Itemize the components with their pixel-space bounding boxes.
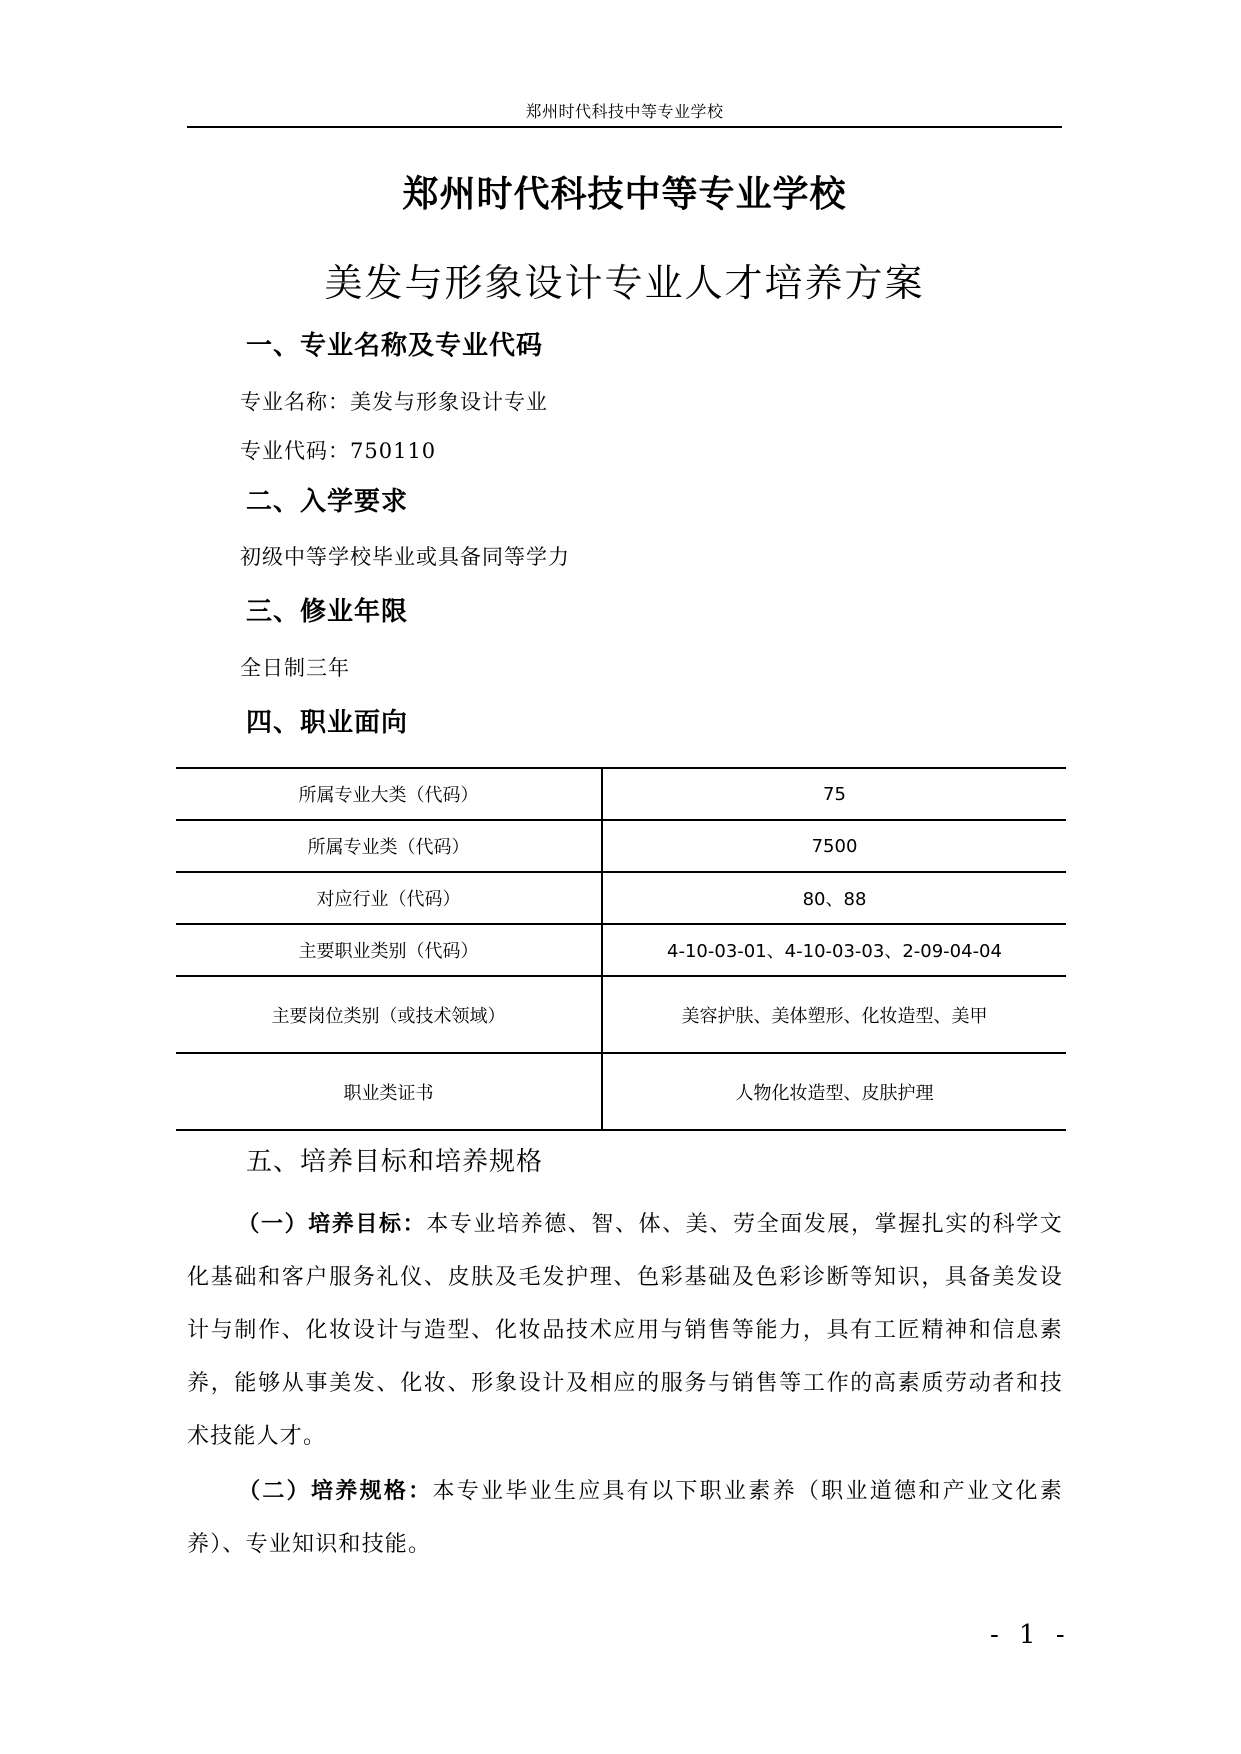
table-row: 主要岗位类别（或技术领域） 美容护肤、美体塑形、化妆造型、美甲	[176, 976, 1066, 1053]
study-duration: 全日制三年	[240, 655, 350, 681]
row-label: 主要岗位类别（或技术领域）	[176, 976, 602, 1053]
row-value: 7500	[602, 820, 1066, 872]
major-code-label: 专业代码：	[240, 439, 350, 463]
major-name-line: 专业名称：美发与形象设计专业	[240, 389, 548, 415]
row-value: 75	[602, 768, 1066, 820]
training-objective-text: 本专业培养德、智、体、美、劳全面发展，掌握扎实的科学文化基础和客户服务礼仪、皮肤…	[187, 1212, 1063, 1449]
row-label: 所属专业大类（代码）	[176, 768, 602, 820]
major-code-line: 专业代码：750110	[240, 438, 436, 464]
major-code-value: 750110	[350, 439, 436, 463]
page-number: - 1 -	[990, 1620, 1071, 1650]
section-3-heading: 三、修业年限	[246, 596, 408, 628]
document-title: 美发与形象设计专业人才培养方案	[187, 259, 1062, 307]
running-header: 郑州时代科技中等专业学校	[187, 102, 1062, 122]
training-objective-paragraph: （一）培养目标：本专业培养德、智、体、美、劳全面发展，掌握扎实的科学文化基础和客…	[187, 1198, 1063, 1463]
row-value: 美容护肤、美体塑形、化妆造型、美甲	[602, 976, 1066, 1053]
training-spec-paragraph: （二）培养规格：本专业毕业生应具有以下职业素养（职业道德和产业文化素养）、专业知…	[187, 1465, 1063, 1571]
row-value: 4-10-03-01、4-10-03-03、2-09-04-04	[602, 924, 1066, 976]
table-row: 职业类证书 人物化妆造型、皮肤护理	[176, 1053, 1066, 1130]
row-label: 职业类证书	[176, 1053, 602, 1130]
row-value: 80、88	[602, 872, 1066, 924]
table-row: 对应行业（代码） 80、88	[176, 872, 1066, 924]
row-value: 人物化妆造型、皮肤护理	[602, 1053, 1066, 1130]
training-spec-label: （二）培养规格：	[237, 1479, 432, 1504]
row-label: 所属专业类（代码）	[176, 820, 602, 872]
section-2-heading: 二、入学要求	[246, 486, 408, 518]
section-1-heading: 一、专业名称及专业代码	[246, 330, 543, 362]
table-row: 所属专业大类（代码） 75	[176, 768, 1066, 820]
row-label: 主要职业类别（代码）	[176, 924, 602, 976]
career-orientation-table: 所属专业大类（代码） 75 所属专业类（代码） 7500 对应行业（代码） 80…	[176, 767, 1066, 1131]
section-4-heading: 四、职业面向	[246, 707, 408, 739]
training-objective-label: （一）培养目标：	[237, 1212, 426, 1237]
admission-requirement: 初级中等学校毕业或具备同等学力	[240, 544, 570, 570]
table-row: 主要职业类别（代码） 4-10-03-01、4-10-03-03、2-09-04…	[176, 924, 1066, 976]
header-divider	[187, 126, 1062, 128]
school-title: 郑州时代科技中等专业学校	[187, 172, 1062, 216]
row-label: 对应行业（代码）	[176, 872, 602, 924]
table-row: 所属专业类（代码） 7500	[176, 820, 1066, 872]
section-5-heading: 五、培养目标和培养规格	[246, 1146, 543, 1178]
